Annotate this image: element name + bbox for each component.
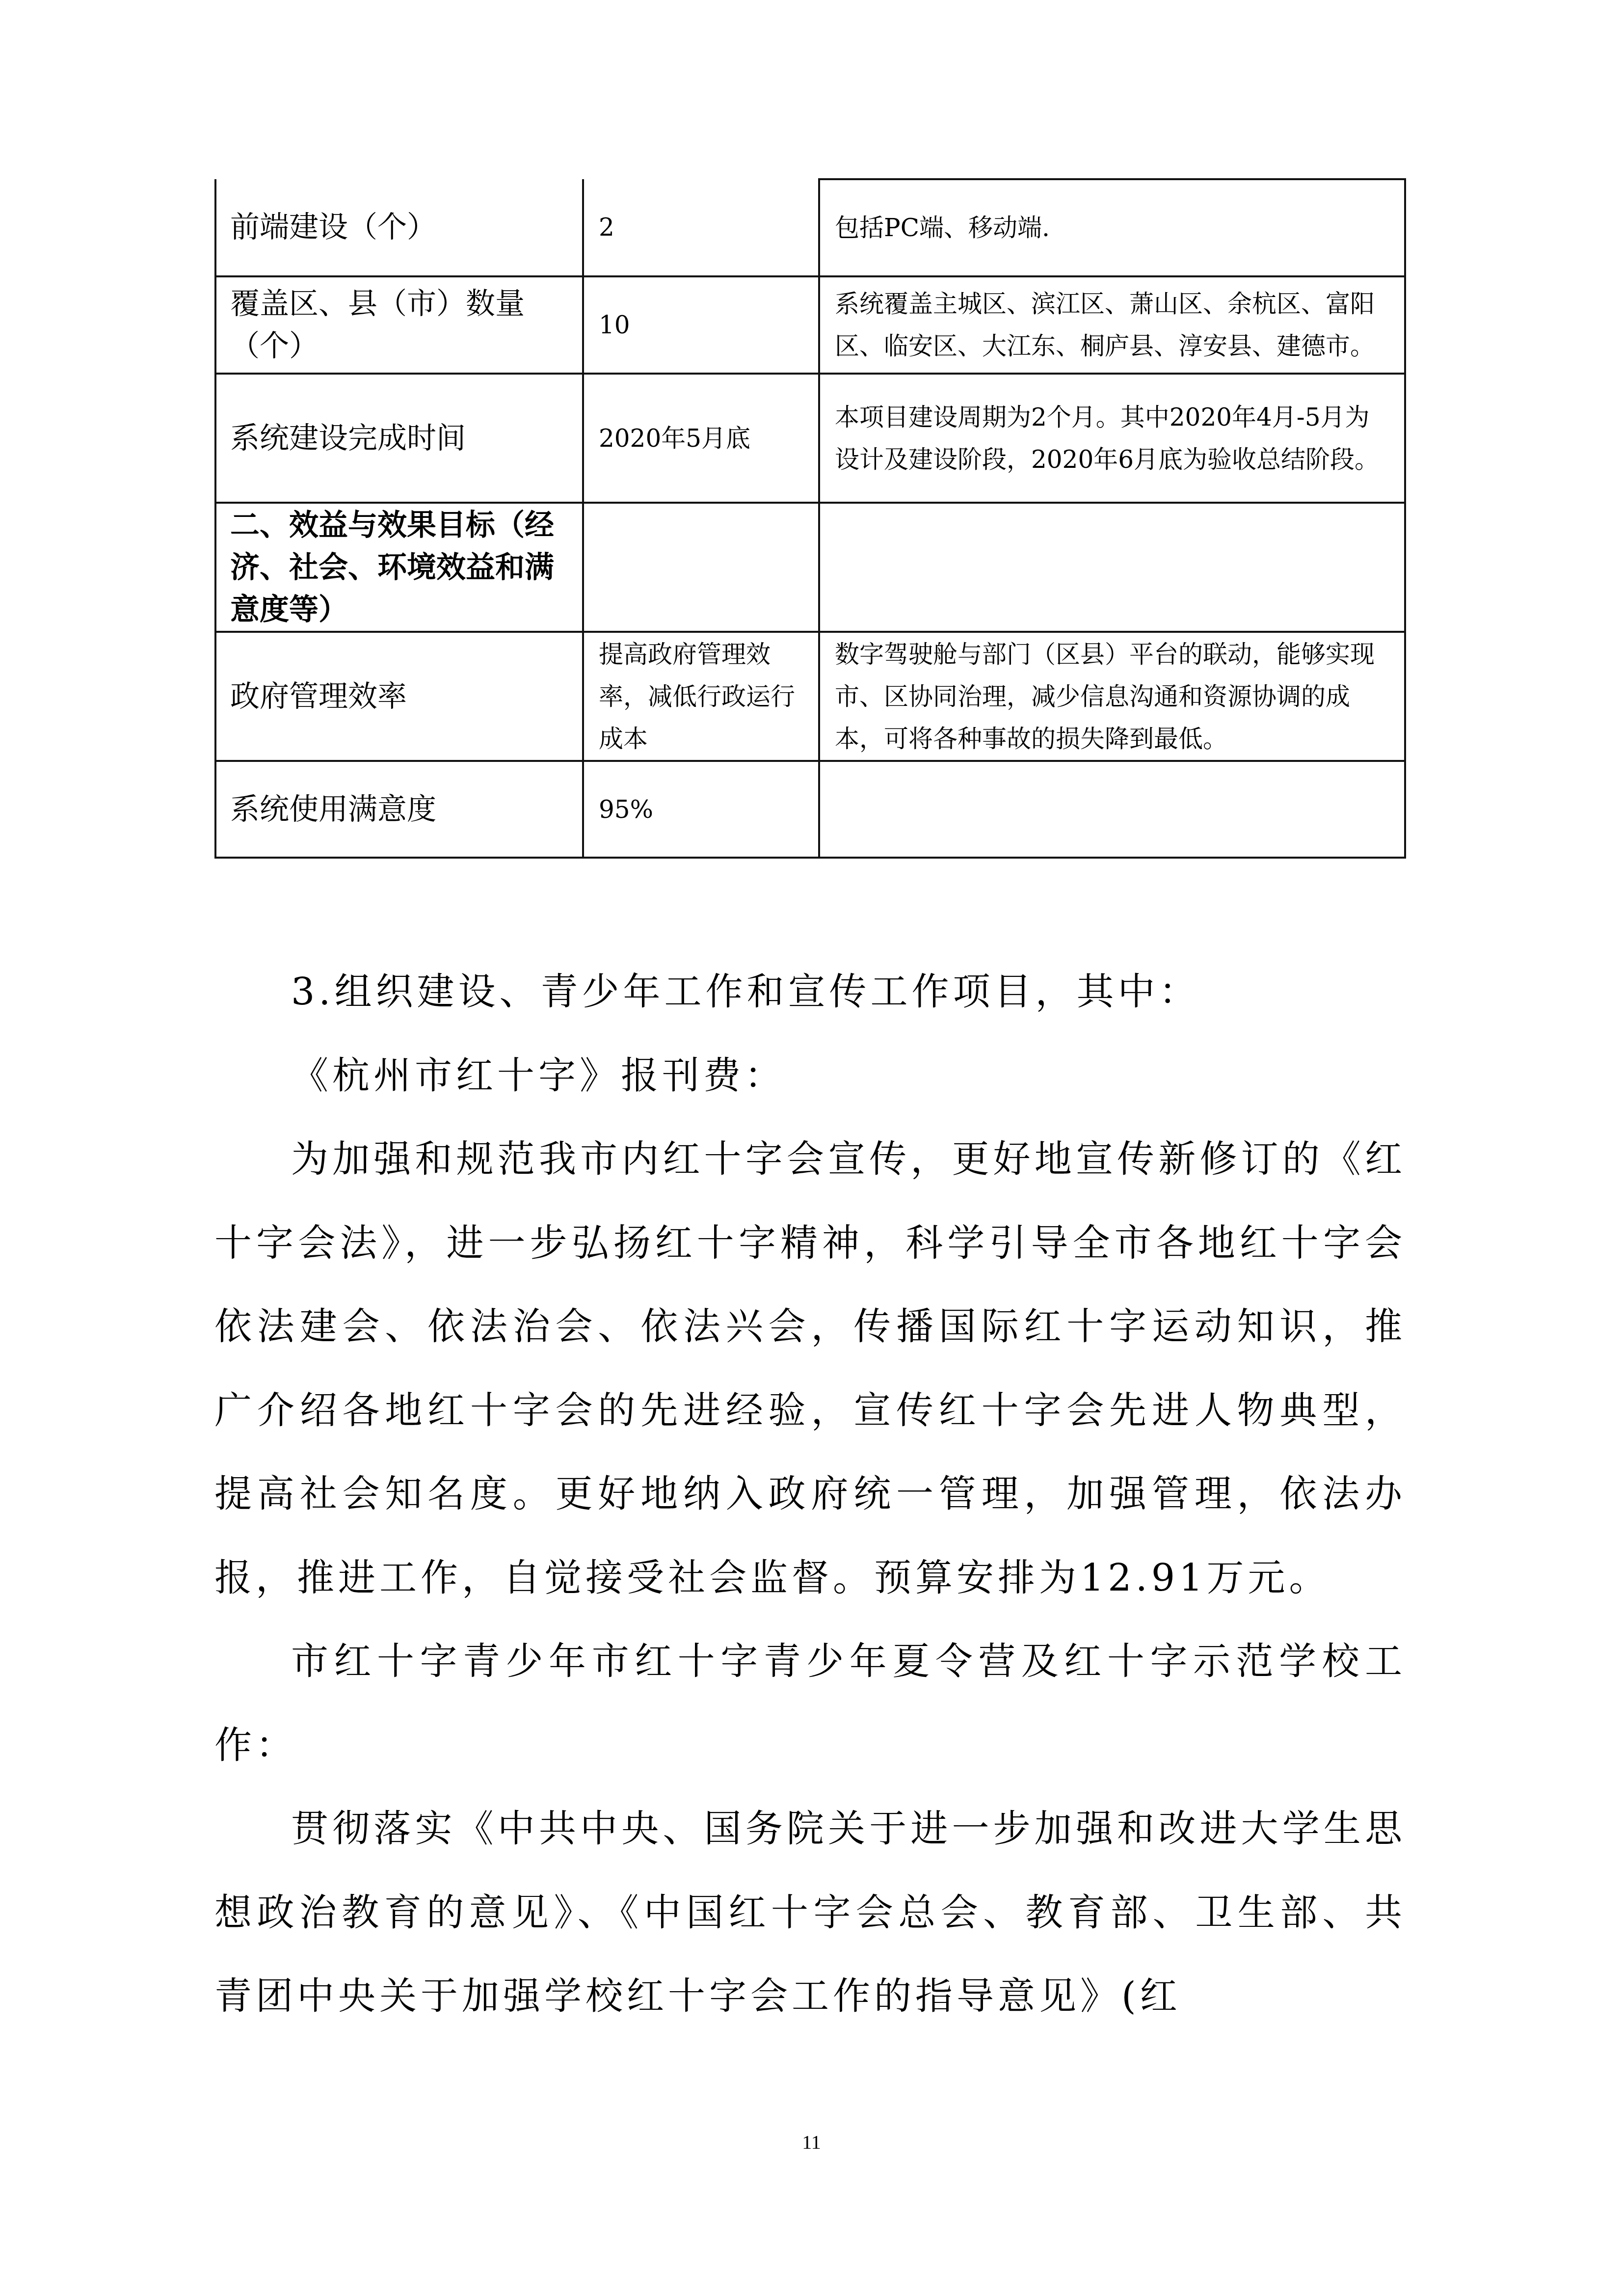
indicator-value: 2020年5月底 (583, 374, 819, 503)
indicator-label: 政府管理效率 (215, 632, 583, 761)
page-number: 11 (0, 2131, 1623, 2154)
indicator-label: 系统使用满意度 (215, 761, 583, 858)
indicator-value: 10 (583, 276, 819, 374)
indicator-value: 提高政府管理效率，减低行政运行成本 (583, 632, 819, 761)
indicator-note (819, 503, 1405, 632)
paragraph: 贯彻落实《中共中央、国务院关于进一步加强和改进大学生思想政治教育的意见》、《中国… (214, 1787, 1406, 2038)
indicator-label: 覆盖区、县（市）数量（个） (215, 276, 583, 374)
table-row: 系统使用满意度 95% (215, 761, 1405, 858)
table-row: 前端建设（个） 2 包括PC端、移动端. (215, 179, 1405, 276)
table-section-row: 二、效益与效果目标（经济、社会、环境效益和满意度等） (215, 503, 1405, 632)
body-text: 3.组织建设、青少年工作和宣传工作项目，其中： 《杭州市红十字》报刊费： 为加强… (214, 950, 1406, 2038)
indicator-label: 前端建设（个） (215, 179, 583, 276)
paragraph: 为加强和规范我市内红十字会宣传，更好地宣传新修订的《红十字会法》，进一步弘扬红十… (214, 1117, 1406, 1620)
section-heading: 3.组织建设、青少年工作和宣传工作项目，其中： (214, 950, 1406, 1034)
section-heading: 二、效益与效果目标（经济、社会、环境效益和满意度等） (215, 503, 583, 632)
indicator-note: 包括PC端、移动端. (819, 179, 1405, 276)
indicator-value: 95% (583, 761, 819, 858)
indicator-value: 2 (583, 179, 819, 276)
subsection-heading: 《杭州市红十字》报刊费： (214, 1034, 1406, 1118)
indicator-note: 本项目建设周期为2个月。其中2020年4月-5月为设计及建设阶段，2020年6月… (819, 374, 1405, 503)
table-row: 系统建设完成时间 2020年5月底 本项目建设周期为2个月。其中2020年4月-… (215, 374, 1405, 503)
indicator-note (819, 761, 1405, 858)
indicator-label: 系统建设完成时间 (215, 374, 583, 503)
subsection-heading: 市红十字青少年市红十字青少年夏令营及红十字示范学校工作： (214, 1620, 1406, 1787)
indicator-note: 系统覆盖主城区、滨江区、萧山区、余杭区、富阳区、临安区、大江东、桐庐县、淳安县、… (819, 276, 1405, 374)
table-row: 覆盖区、县（市）数量（个） 10 系统覆盖主城区、滨江区、萧山区、余杭区、富阳区… (215, 276, 1405, 374)
indicator-note: 数字驾驶舱与部门（区县）平台的联动，能够实现市、区协同治理，减少信息沟通和资源协… (819, 632, 1405, 761)
table-row: 政府管理效率 提高政府管理效率，减低行政运行成本 数字驾驶舱与部门（区县）平台的… (215, 632, 1405, 761)
performance-targets-table: 前端建设（个） 2 包括PC端、移动端. 覆盖区、县（市）数量（个） 10 系统… (214, 178, 1406, 859)
indicator-value (583, 503, 819, 632)
